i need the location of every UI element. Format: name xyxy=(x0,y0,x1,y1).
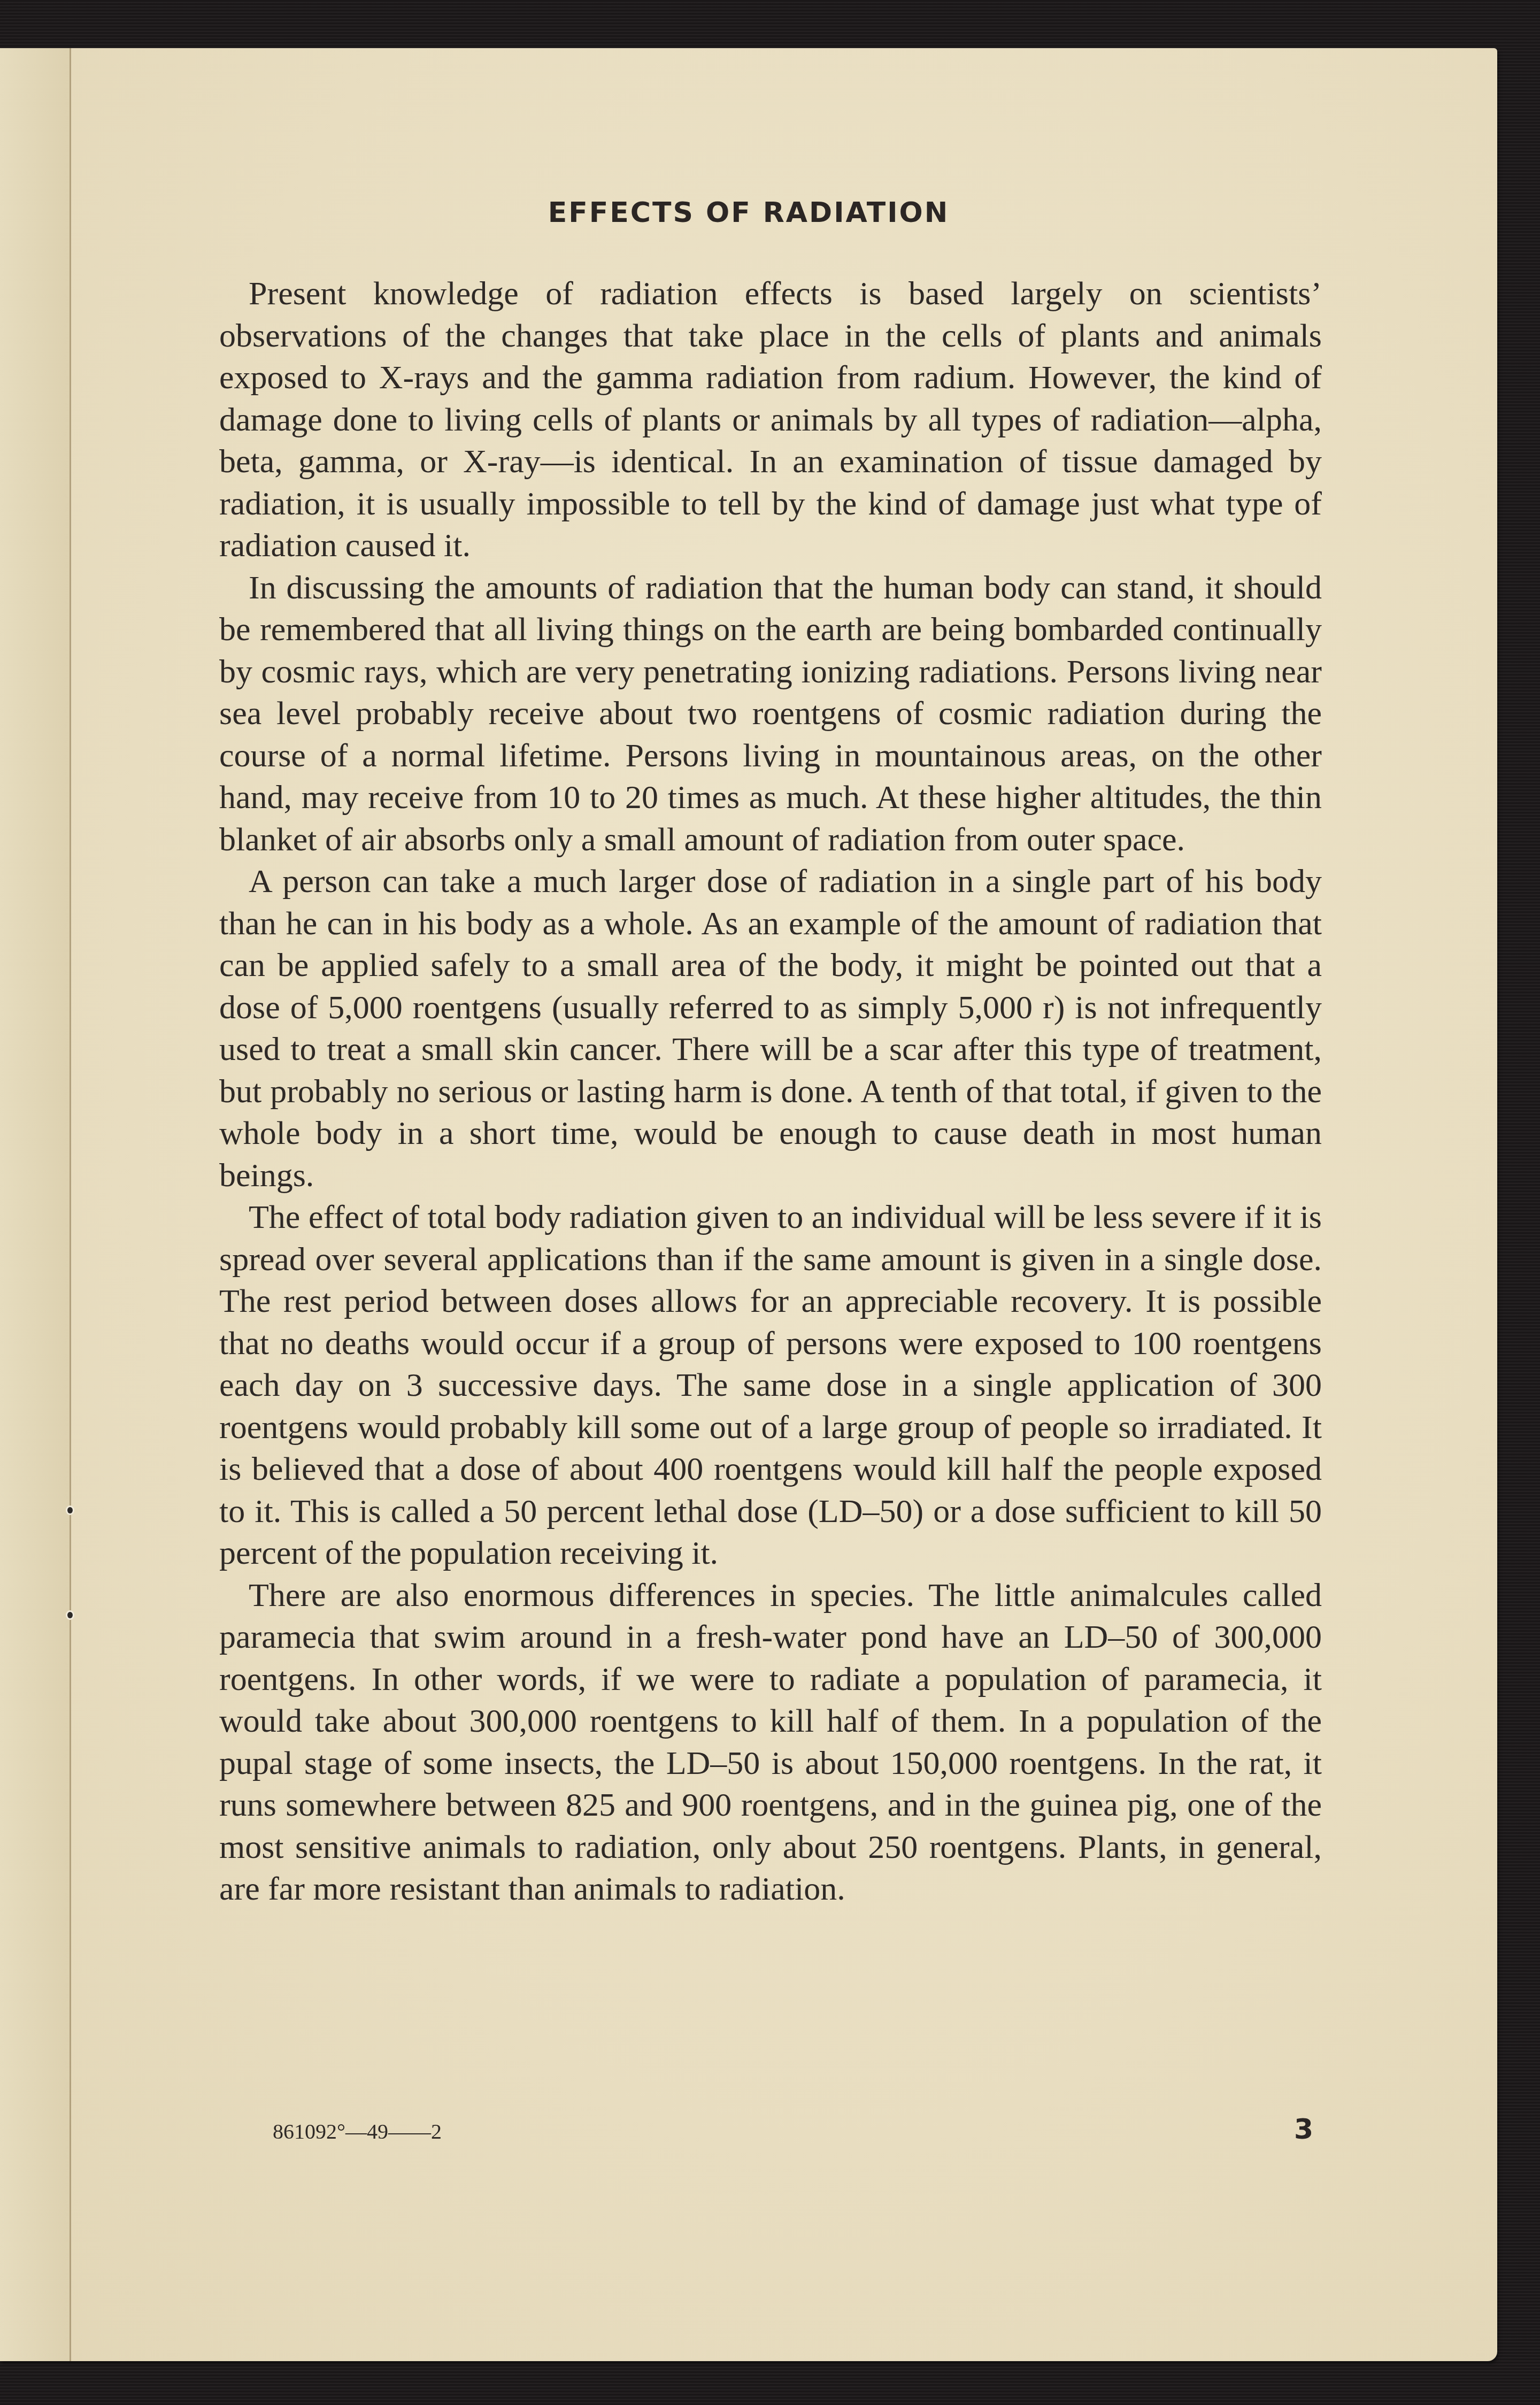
paragraph: In discussing the amounts of radiation t… xyxy=(219,567,1322,861)
page-number: 3 xyxy=(1294,2114,1313,2146)
staple-icon xyxy=(67,1612,73,1618)
paragraph: A person can take a much larger dose of … xyxy=(219,860,1322,1196)
facing-page-edge xyxy=(0,48,70,2361)
body-text: Present knowledge of radiation effects i… xyxy=(219,273,1322,1910)
print-code: 861092°—49——2 xyxy=(273,2119,442,2144)
paragraph: The effect of total body radiation given… xyxy=(219,1196,1322,1574)
paragraph: There are also enormous differences in s… xyxy=(219,1574,1322,1910)
staple-icon xyxy=(67,1507,73,1513)
page-footer: 861092°—49——2 3 xyxy=(0,2114,1497,2156)
page-title: EFFECTS OF RADIATION xyxy=(0,197,1497,229)
paragraph: Present knowledge of radiation effects i… xyxy=(219,273,1322,567)
document-page: EFFECTS OF RADIATION Present knowledge o… xyxy=(0,48,1497,2361)
binding-gutter xyxy=(70,48,71,2361)
